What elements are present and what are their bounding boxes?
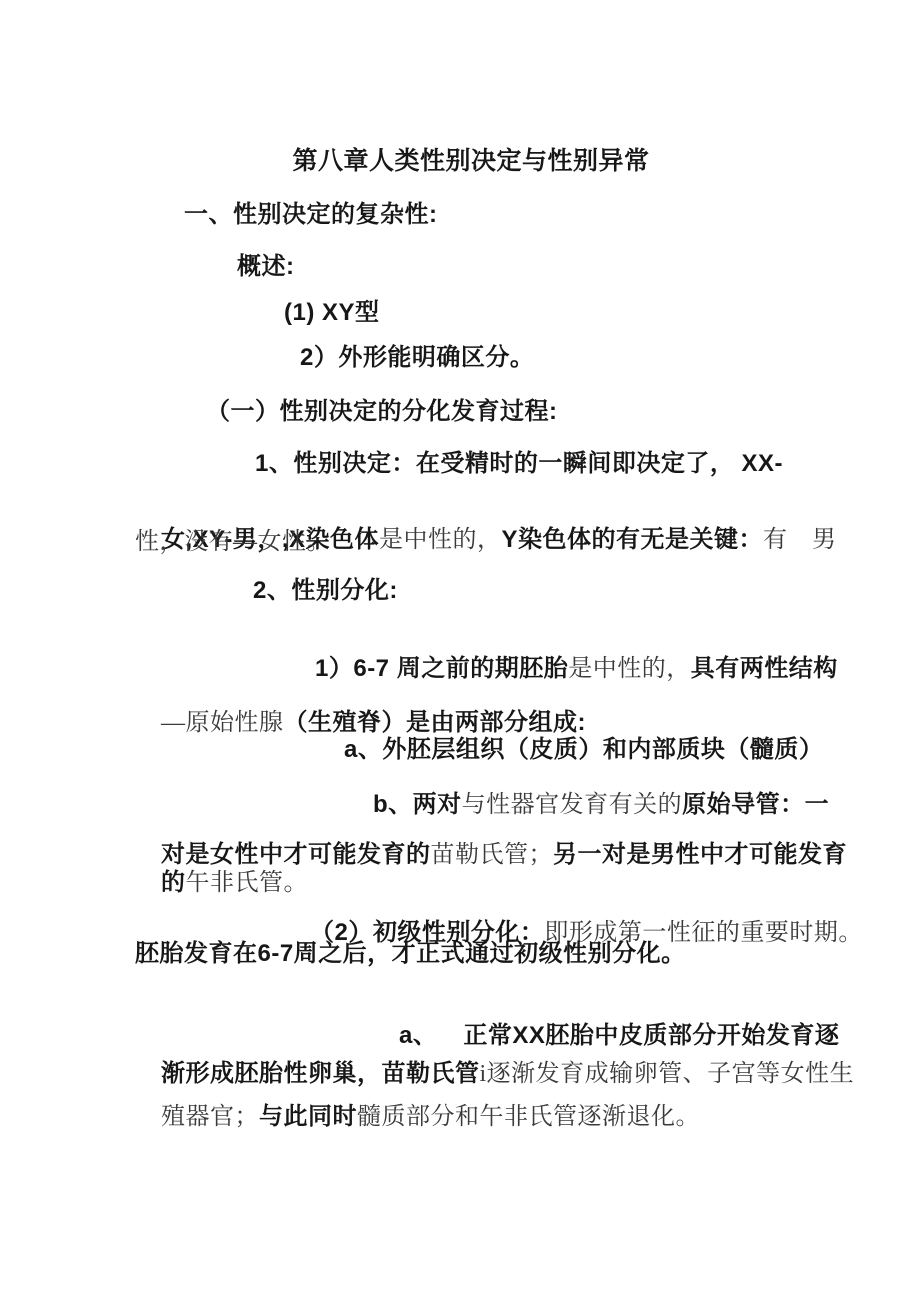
text-run: 殖器官； [161,1104,259,1130]
text-run: （生殖脊）是由两部分组成: [284,709,587,736]
para-sex-determination-line1: 1、性别决定：在受精时的一瞬间即决定了， XX- [255,450,783,478]
doc-title: 第八章人类性别决定与性别异常 [0,147,920,175]
text-run: 具有两性结构 [691,655,838,682]
text-run: 是中性的， [379,527,502,553]
item-xy-type: (1) XY型 [284,299,380,327]
text-run: —原始性腺 [161,710,284,736]
para-embryo-after-6-7-weeks: 胚胎发育在6-7周之后，才正式通过初级性别分化。 [135,940,686,968]
text-run: 另一对是男性中才可能发育 [553,841,847,868]
item-a-cortex-medulla: a、外胚层组织（皮质）和内部质块（髓质） [344,736,823,764]
heading-overview: 概述: [237,253,295,281]
para-normal-xx-line3: 殖器官；与此同时髓质部分和午非氏管逐渐退化。 [135,1075,700,1159]
text-run: 苗勒氏管； [431,842,554,868]
item-appearance: 2）外形能明确区分。 [300,344,534,372]
heading-sex-differentiation: 2、性别分化: [253,577,398,605]
text-run: 是中性的， [568,656,691,682]
section-heading-one: 一、性别决定的复杂性: [184,201,438,229]
text-run: Y染色体的有无是关键： [502,526,764,553]
para-ducts-line3: 的午非氏管。 [135,841,308,925]
text-run: 与此同时 [259,1103,357,1130]
text-run: 有 男 [763,527,837,553]
document-page: 第八章人类性别决定与性别异常 一、性别决定的复杂性: 概述: (1) XY型 2… [0,0,920,1302]
heading-differentiation-process: （一）性别决定的分化发育过程: [206,398,558,426]
text-run: 的 [161,869,186,896]
text-run: 髓质部分和午非氏管逐渐退化。 [357,1104,700,1130]
para-sex-determination-line3: 性，没有—女性。 [135,528,331,556]
text-run: 1）6-7 周之前的期胚胎 [315,655,568,682]
